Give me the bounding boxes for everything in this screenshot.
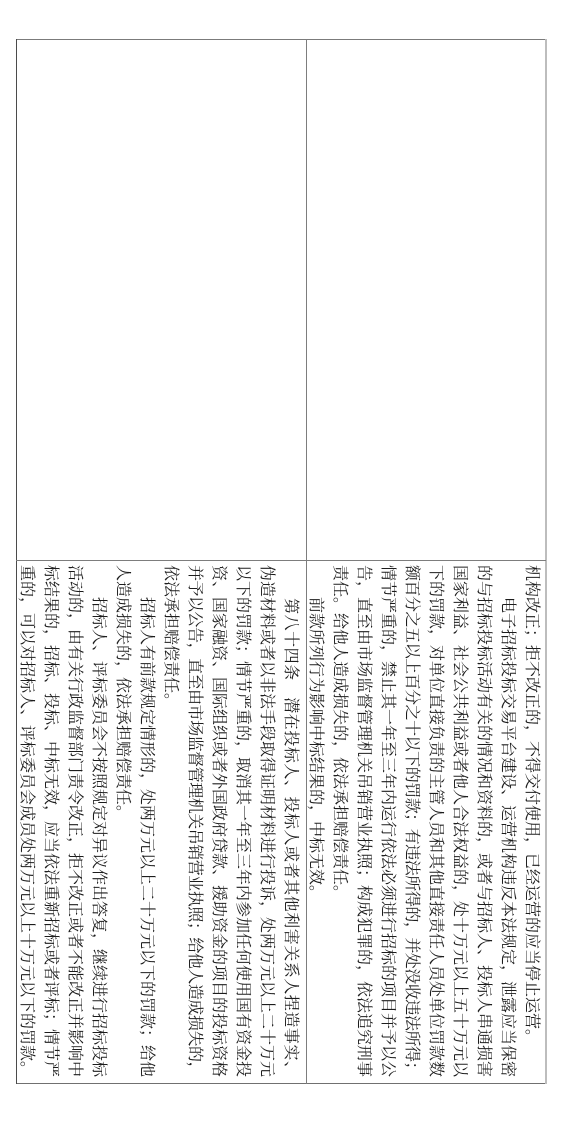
text-line: 重的，可以对招标人、评标委员会成员处两万元以上十万元以下的罚款。 bbox=[15, 565, 39, 1077]
table-cell-row1-col2: 机构改正；拒不改正的，不得交付使用，已经运营的应当停止运营。 电子招标投标交易平… bbox=[304, 565, 544, 1077]
text-line: 活动的，由有关行政监督部门责令改正，拒不改正或者不能改正并影响中 bbox=[63, 565, 87, 1077]
text-line: 伪造材料或者以非法手段取得证明材料进行投诉，处两万元以上二十万元 bbox=[255, 565, 279, 1077]
text-line: 依法承担赔偿责任。 bbox=[159, 565, 183, 1077]
text-line: 以下的罚款；情节严重的，取消其一年至三年内参加任何使用国有资金投 bbox=[231, 565, 255, 1077]
text-line: 招标人有前款规定情形的，处两万元以上二十万元以下的罚款；给他 bbox=[135, 565, 159, 1077]
text-line: 前款所列行为影响中标结果的，中标无效。 bbox=[304, 565, 328, 1077]
text-line: 告，直至由市场监督管理机关吊销营业执照；构成犯罪的，依法追究刑事 bbox=[352, 565, 376, 1077]
text-line: 下的罚款，对单位直接负责的主管人员和其他直接责任人员处单位罚款数 bbox=[424, 565, 448, 1077]
text-line: 并予以公告，直至由市场监督管理机关吊销营业执照；给他人造成损失的， bbox=[183, 565, 207, 1077]
text-line: 资、国家融资、国际组织或者外国政府贷款、援助资金的项目的投标资格 bbox=[207, 565, 231, 1077]
table-cell-row2-col1-empty bbox=[17, 40, 306, 560]
text-line: 电子招标投标交易平台建设、运营机构违反本法规定，泄露应当保密 bbox=[496, 565, 520, 1077]
text-line: 情节严重的，禁止其一年至三年内运行依法必须进行招标的项目并予以公 bbox=[376, 565, 400, 1077]
text-line: 招标人、评标委员会不按照规定对异议作出答复，继续进行招标投标 bbox=[87, 565, 111, 1077]
text-line: 机构改正；拒不改正的，不得交付使用，已经运营的应当停止运营。 bbox=[520, 565, 544, 1077]
text-line: 责任。给他人造成损失的，依法承担赔偿责任。 bbox=[328, 565, 352, 1077]
scanned-document-page: 机构改正；拒不改正的，不得交付使用，已经运营的应当停止运营。 电子招标投标交易平… bbox=[0, 0, 565, 1122]
table-column-divider bbox=[16, 560, 546, 561]
table-cell-row2-col2: 第八十四条 潜在投标人、投标人或者其他利害关系人捏造事实、 伪造材料或者以非法手… bbox=[15, 565, 303, 1077]
article-heading-line: 第八十四条 潜在投标人、投标人或者其他利害关系人捏造事实、 bbox=[279, 565, 303, 1077]
text-line: 额百分之五以上百分之十以下的罚款；有违法所得的，并处没收违法所得； bbox=[400, 565, 424, 1077]
text-line: 人造成损失的，依法承担赔偿责任。 bbox=[111, 565, 135, 1077]
text-line: 国家利益、社会公共利益或者他人合法权益的，处十万元以上五十万元以 bbox=[448, 565, 472, 1077]
text-line: 标结果的，招标、投标、中标无效，应当依法重新招标或者评标；情节严 bbox=[39, 565, 63, 1077]
text-line: 的与招标投标活动有关的情况和资料的，或者与招标人、投标人串通损害 bbox=[472, 565, 496, 1077]
table-border-right bbox=[545, 39, 547, 1084]
table-cell-row1-col1-empty bbox=[307, 40, 545, 560]
table-border-bottom bbox=[16, 1083, 547, 1084]
